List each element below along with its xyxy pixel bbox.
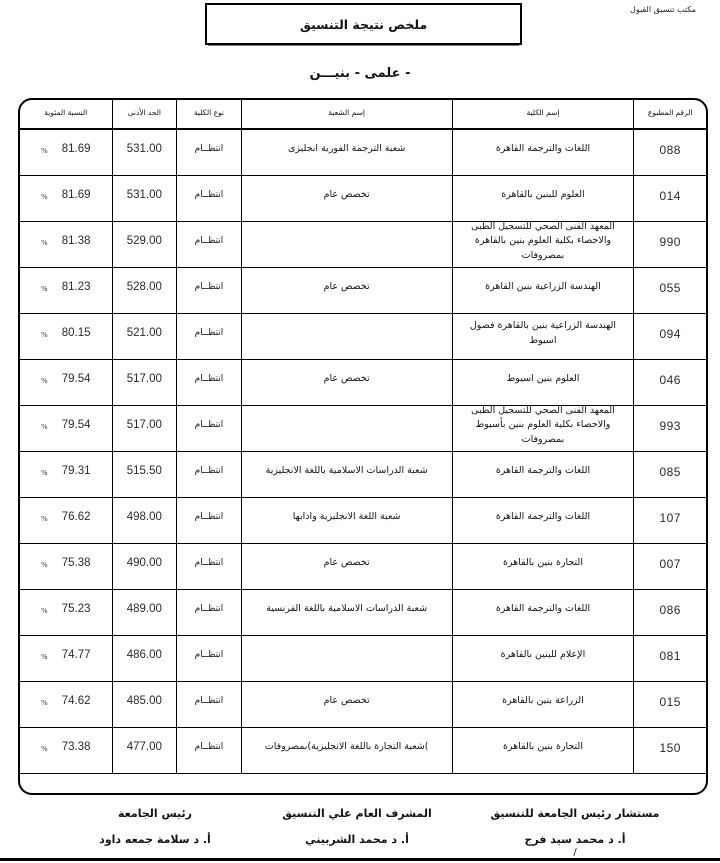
section-subtitle: - علمى - بنيـــن [0, 66, 720, 81]
cell-college-type: انتظــام [176, 682, 241, 727]
cell-college-type: انتظــام [176, 360, 241, 405]
table-row: 990 المعهد الفنى الصحي للتسجيل الطبى وال… [20, 222, 706, 268]
signature-name: أ. د سلامة جمعه داود [70, 833, 240, 846]
percent-sign: % [41, 606, 48, 617]
cell-percentage: % 75.38 [20, 544, 111, 589]
cell-min-score: 489.00 [112, 590, 177, 635]
signature-block-general-supervisor: المشرف العام علي التنسيق أ. د محمد الشرب… [272, 807, 442, 846]
header-code: الرقم المطبوع [633, 100, 706, 128]
cell-code: 055 [633, 268, 706, 313]
cell-min-score: 517.00 [112, 406, 177, 451]
cell-branch-name [241, 636, 452, 681]
cell-percentage: % 76.62 [20, 498, 111, 543]
percent-value: 79.54 [62, 417, 91, 434]
percent-sign: % [41, 284, 48, 295]
cell-percentage: % 74.62 [20, 682, 111, 727]
cell-college-type: انتظــام [176, 544, 241, 589]
percent-sign: % [41, 330, 48, 341]
table-row: 094 الهندسة الزراعية بنين بالقاهرة فصول … [20, 314, 706, 360]
cell-code: 086 [633, 590, 706, 635]
cell-college-name: العلوم بنين اسيوط [452, 360, 634, 405]
signature-name: أ. د محمد سيد فرج [490, 833, 660, 846]
cell-college-type: انتظــام [176, 590, 241, 635]
percent-value: 81.69 [62, 141, 91, 158]
cell-college-type: انتظــام [176, 636, 241, 681]
percent-value: 79.31 [62, 463, 91, 480]
signature-title: المشرف العام علي التنسيق [272, 807, 442, 820]
cell-min-score: 528.00 [112, 268, 177, 313]
table-row: 046 العلوم بنين اسيوط تخصص عام انتظــام … [20, 360, 706, 406]
table-row: 055 الهندسة الزراعية بنين القاهرة تخصص ع… [20, 268, 706, 314]
signature-footer: مستشار رئيس الجامعة للتنسيق أ. د محمد سي… [0, 803, 720, 858]
cell-min-score: 498.00 [112, 498, 177, 543]
signature-title: رئيس الجامعة [70, 807, 240, 820]
cell-min-score: 490.00 [112, 544, 177, 589]
percent-sign: % [41, 744, 48, 755]
percent-value: 76.62 [62, 509, 91, 526]
cell-branch-name: تخصص عام [241, 682, 452, 727]
table-row: 107 اللغات والترجمة القاهرة شعبة اللغة ا… [20, 498, 706, 544]
results-table: الرقم المطبوع إسم الكلية إسم الشعبة نوع … [18, 98, 708, 795]
percent-sign: % [41, 560, 48, 571]
cell-college-name: المعهد الفنى الصحي للتسجيل الطبى والاحصا… [452, 406, 634, 451]
cell-percentage: % 74.77 [20, 636, 111, 681]
signature-title: مستشار رئيس الجامعة للتنسيق [490, 807, 660, 820]
percent-sign: % [41, 146, 48, 157]
cell-college-type: انتظــام [176, 498, 241, 543]
cell-percentage: % 80.15 [20, 314, 111, 359]
cell-code: 993 [633, 406, 706, 451]
percent-sign: % [41, 192, 48, 203]
table-row: 993 المعهد الفنى الصحي للتسجيل الطبى وال… [20, 406, 706, 452]
percent-sign: % [41, 422, 48, 433]
percent-value: 74.77 [62, 647, 91, 664]
cell-branch-name: شعبة الترجمة الفورية انجليزى [241, 130, 452, 175]
cell-branch-name [241, 406, 452, 451]
signature-block-university-president: رئيس الجامعة أ. د سلامة جمعه داود [70, 807, 240, 846]
signature-name: أ. د محمد الشربيني [272, 833, 442, 846]
percent-value: 75.23 [62, 601, 91, 618]
cell-college-name: العلوم للبنين بالقاهرة [452, 176, 634, 221]
table-row: 015 الزراعة بنين بالقاهرة تخصص عام انتظـ… [20, 682, 706, 728]
table-row: 014 العلوم للبنين بالقاهرة تخصص عام انتظ… [20, 176, 706, 222]
office-label: مكتب تنسيق القبول [630, 5, 696, 14]
header-min-score: الحد الأدنى [112, 100, 177, 128]
cell-code: 085 [633, 452, 706, 497]
cell-code: 990 [633, 222, 706, 267]
document-page: مكتب تنسيق القبول ملخص نتيجة التنسيق - ع… [0, 0, 720, 863]
percent-sign: % [41, 238, 48, 249]
signature-block-coordination-advisor: مستشار رئيس الجامعة للتنسيق أ. د محمد سي… [490, 807, 660, 858]
percent-sign: % [41, 376, 48, 387]
cell-college-type: انتظــام [176, 130, 241, 175]
cell-branch-name: )شعبة التجارة باللغة الانجليزية)بمصروفات [241, 728, 452, 773]
cell-college-type: انتظــام [176, 268, 241, 313]
percent-sign: % [41, 698, 48, 709]
cell-college-name: اللغات والترجمة القاهرة [452, 452, 634, 497]
cell-min-score: 521.00 [112, 314, 177, 359]
table-row: 007 التجارة بنين بالقاهرة تخصص عام انتظـ… [20, 544, 706, 590]
cell-college-name: الزراعة بنين بالقاهرة [452, 682, 634, 727]
cell-code: 088 [633, 130, 706, 175]
cell-college-name: الهندسة الزراعية بنين القاهرة [452, 268, 634, 313]
cell-min-score: 517.00 [112, 360, 177, 405]
cell-college-type: انتظــام [176, 222, 241, 267]
cell-code: 150 [633, 728, 706, 773]
percent-sign: % [41, 468, 48, 479]
cell-college-name: التجارة بنين بالقاهرة [452, 544, 634, 589]
cell-branch-name: تخصص عام [241, 544, 452, 589]
cell-min-score: 486.00 [112, 636, 177, 681]
cell-percentage: % 79.31 [20, 452, 111, 497]
cell-code: 014 [633, 176, 706, 221]
cell-college-type: انتظــام [176, 452, 241, 497]
title-box: ملخص نتيجة التنسيق [205, 3, 522, 45]
percent-value: 80.15 [62, 325, 91, 342]
cell-percentage: % 81.23 [20, 268, 111, 313]
header-branch-name: إسم الشعبة [241, 100, 452, 128]
cell-min-score: 485.00 [112, 682, 177, 727]
percent-value: 75.38 [62, 555, 91, 572]
cell-branch-name [241, 314, 452, 359]
cell-college-type: انتظــام [176, 728, 241, 773]
cell-code: 007 [633, 544, 706, 589]
table-header-row: الرقم المطبوع إسم الكلية إسم الشعبة نوع … [20, 100, 706, 130]
cell-branch-name: تخصص عام [241, 268, 452, 313]
cell-college-type: انتظــام [176, 314, 241, 359]
cell-code: 015 [633, 682, 706, 727]
cell-min-score: 515.50 [112, 452, 177, 497]
cell-code: 046 [633, 360, 706, 405]
header-college-name: إسم الكلية [452, 100, 634, 128]
percent-value: 74.62 [62, 693, 91, 710]
cell-branch-name: شعبة الدراسات الاسلامية باللغة الانجليزي… [241, 452, 452, 497]
cell-percentage: % 79.54 [20, 360, 111, 405]
cell-branch-name [241, 222, 452, 267]
cell-code: 081 [633, 636, 706, 681]
cell-percentage: % 81.69 [20, 130, 111, 175]
cell-college-name: اللغات والترجمة القاهرة [452, 498, 634, 543]
table-row: 150 التجارة بنين بالقاهرة )شعبة التجارة … [20, 728, 706, 774]
cell-percentage: % 79.54 [20, 406, 111, 451]
cell-college-name: اللغات والترجمة القاهرة [452, 590, 634, 635]
bottom-rule [0, 858, 720, 861]
cell-min-score: 529.00 [112, 222, 177, 267]
percent-sign: % [41, 652, 48, 663]
cell-min-score: 531.00 [112, 130, 177, 175]
cell-percentage: % 75.23 [20, 590, 111, 635]
cell-percentage: % 81.69 [20, 176, 111, 221]
cell-min-score: 477.00 [112, 728, 177, 773]
table-body: 088 اللغات والترجمة القاهرة شعبة الترجمة… [20, 130, 706, 774]
header-college-type: نوع الكلية [176, 100, 241, 128]
cell-college-name: اللغات والترجمة القاهرة [452, 130, 634, 175]
header-percentage: النسبة المئوية [20, 100, 111, 128]
percent-value: 79.54 [62, 371, 91, 388]
cell-college-name: الهندسة الزراعية بنين بالقاهرة فصول اسيو… [452, 314, 634, 359]
cell-college-name: التجارة بنين بالقاهرة [452, 728, 634, 773]
signature-note: / [490, 847, 660, 858]
table-row: 088 اللغات والترجمة القاهرة شعبة الترجمة… [20, 130, 706, 176]
cell-percentage: % 73.38 [20, 728, 111, 773]
cell-percentage: % 81.38 [20, 222, 111, 267]
table-row: 086 اللغات والترجمة القاهرة شعبة الدراسا… [20, 590, 706, 636]
page-title: ملخص نتيجة التنسيق [300, 17, 427, 32]
cell-college-type: انتظــام [176, 176, 241, 221]
cell-branch-name: شعبة اللغة الانجليزية وادابها [241, 498, 452, 543]
table-row: 081 الإعلام للبنين بالقاهرة انتظــام 486… [20, 636, 706, 682]
percent-value: 81.38 [62, 233, 91, 250]
percent-value: 73.38 [62, 739, 91, 756]
cell-branch-name: تخصص عام [241, 176, 452, 221]
cell-code: 094 [633, 314, 706, 359]
percent-value: 81.23 [62, 279, 91, 296]
percent-value: 81.69 [62, 187, 91, 204]
cell-branch-name: تخصص عام [241, 360, 452, 405]
table-row: 085 اللغات والترجمة القاهرة شعبة الدراسا… [20, 452, 706, 498]
cell-college-name: الإعلام للبنين بالقاهرة [452, 636, 634, 681]
cell-min-score: 531.00 [112, 176, 177, 221]
percent-sign: % [41, 514, 48, 525]
cell-branch-name: شعبة الدراسات الاسلامية باللغة الفرنسية [241, 590, 452, 635]
cell-code: 107 [633, 498, 706, 543]
cell-college-name: المعهد الفنى الصحي للتسجيل الطبى والاحصا… [452, 222, 634, 267]
cell-college-type: انتظــام [176, 406, 241, 451]
